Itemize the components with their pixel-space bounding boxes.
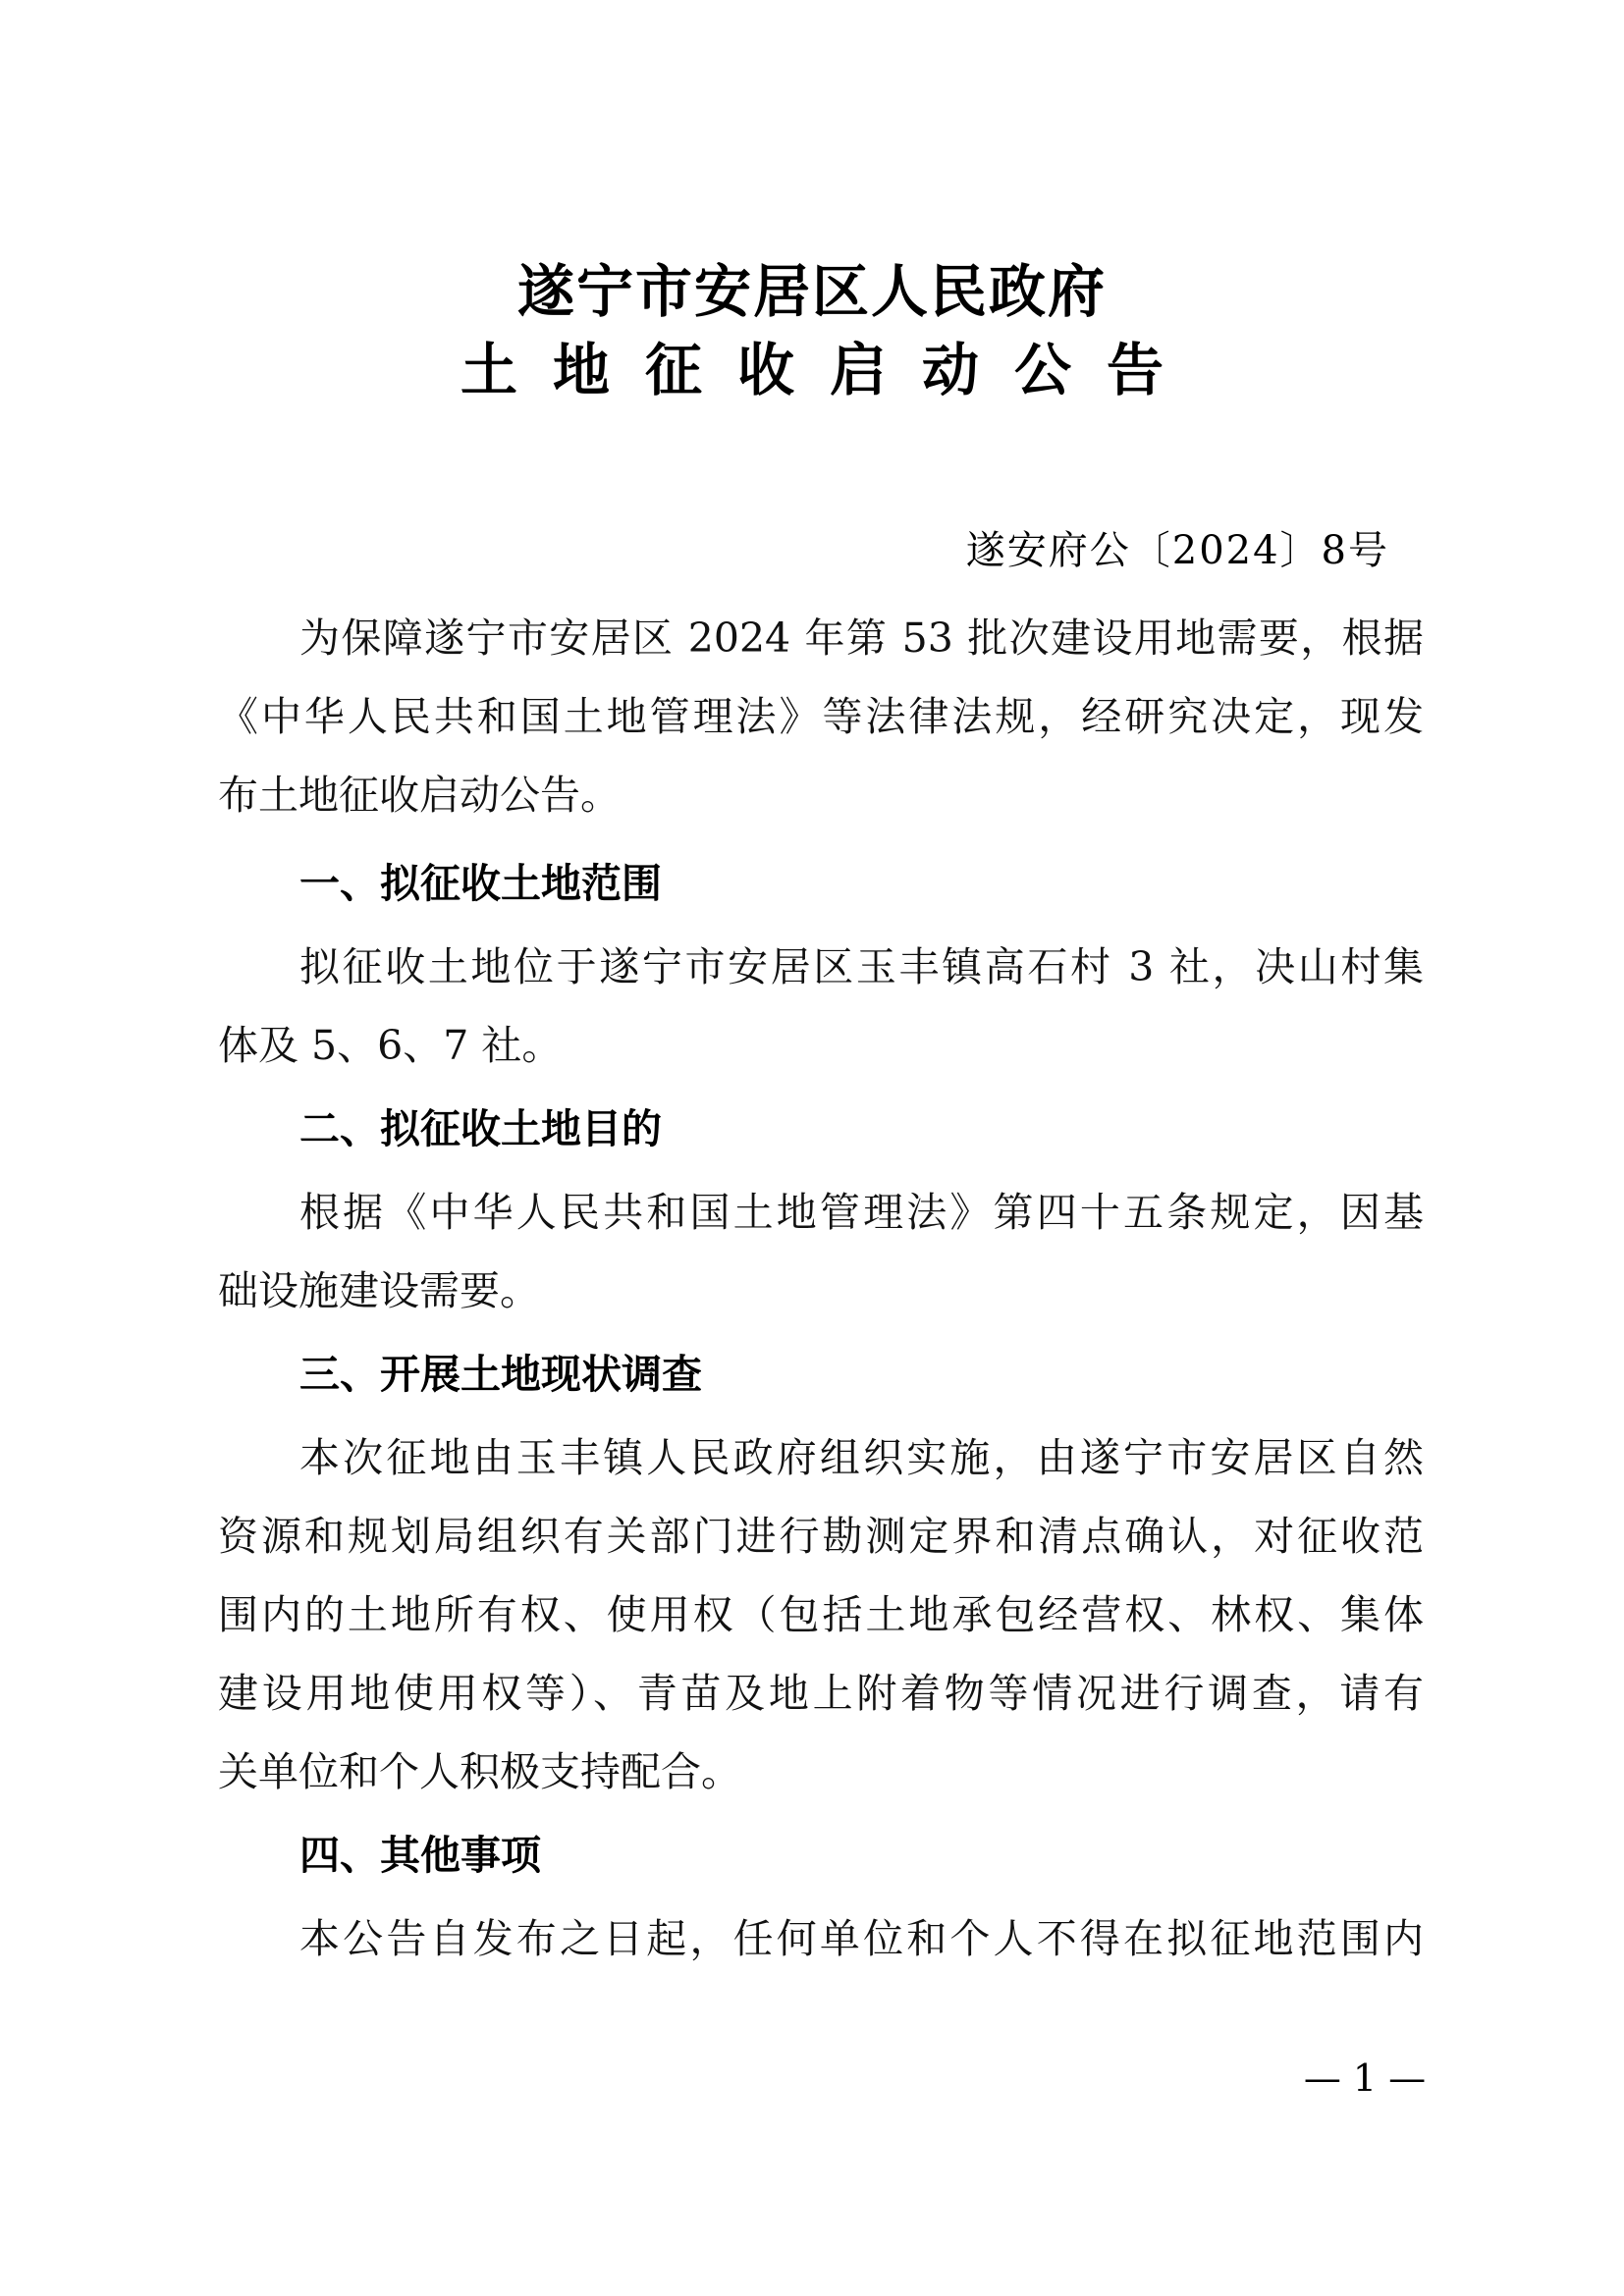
document-page: 遂宁市安居区人民政府 土地征收启动公告 遂安府公〔2024〕8号 为保障遂宁市安… xyxy=(0,0,1624,2296)
intro-line: 布土地征收启动公告。 xyxy=(218,768,1424,823)
section-heading-2: 二、拟征收土地目的 xyxy=(299,1101,662,1156)
section-1-line: 拟征收土地位于遂宁市安居区玉丰镇高石村 3 社，决山村集 xyxy=(299,939,1424,994)
section-2-line: 础设施建设需要。 xyxy=(218,1263,1424,1318)
section-heading-4: 四、其他事项 xyxy=(299,1828,541,1883)
section-4-line: 本公告自发布之日起，任何单位和个人不得在拟征地范围内 xyxy=(299,1911,1424,1966)
section-3-line: 资源和规划局组织有关部门进行勘测定界和清点确认，对征收范 xyxy=(218,1509,1424,1564)
document-number: 遂安府公〔2024〕8号 xyxy=(0,523,1389,578)
page-number: — 1 — xyxy=(1276,2054,1453,2103)
document-title-line-2: 土地征收启动公告 xyxy=(0,336,1624,404)
intro-line: 为保障遂宁市安居区 2024 年第 53 批次建设用地需要，根据 xyxy=(299,611,1424,666)
section-3-line: 围内的土地所有权、使用权（包括土地承包经营权、林权、集体 xyxy=(218,1587,1424,1642)
section-1-line: 体及 5、6、7 社。 xyxy=(218,1018,1424,1073)
section-3-line: 关单位和个人积极支持配合。 xyxy=(218,1744,1424,1799)
document-title-line-1: 遂宁市安居区人民政府 xyxy=(0,257,1624,326)
section-heading-1: 一、拟征收土地范围 xyxy=(299,856,662,911)
section-3-line: 建设用地使用权等）、青苗及地上附着物等情况进行调查，请有 xyxy=(218,1666,1424,1721)
section-3-line: 本次征地由玉丰镇人民政府组织实施，由遂宁市安居区自然 xyxy=(299,1430,1424,1485)
section-2-line: 根据《中华人民共和国土地管理法》第四十五条规定，因基 xyxy=(299,1185,1424,1240)
intro-line: 《中华人民共和国土地管理法》等法律法规，经研究决定，现发 xyxy=(218,689,1424,744)
section-heading-3: 三、开展土地现状调查 xyxy=(299,1347,702,1402)
